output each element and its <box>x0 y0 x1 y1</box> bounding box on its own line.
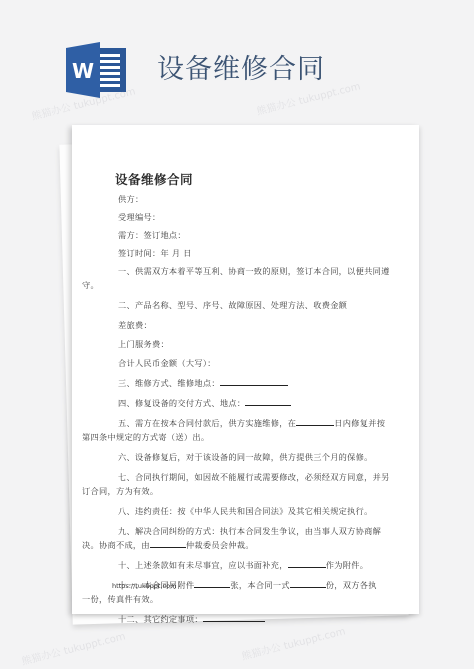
blank-line <box>245 396 291 406</box>
blank-line <box>290 578 326 588</box>
clause-12: 十二、其它约定事项： <box>100 611 400 627</box>
clause-3: 三、维修方式、维修地点： <box>100 375 400 391</box>
blank-line <box>150 538 186 548</box>
blank-line <box>194 578 230 588</box>
clause-9-cont: 决。协商不成，由仲裁委员会仲裁。 <box>82 537 382 553</box>
clause-2: 二、产品名称、型号、序号、故障原因、处理方法、收费金额 <box>100 297 400 313</box>
clause-7-cont: 订合同，方为有效。 <box>82 483 382 499</box>
field-acceptance-number: 受理编号： <box>100 209 400 225</box>
clause-11-cont: 一份，传真件有效。 <box>82 591 382 607</box>
total-amount: 合计人民币金额（大写）： <box>100 355 400 371</box>
blank-line <box>288 558 326 568</box>
blank-line <box>203 612 265 622</box>
document-page: 设备维修合同 供方： 受理编号： 需方：签订地点： 签订时间：年 月 日 一、供… <box>72 125 419 614</box>
service-fee: 上门服务费： <box>100 336 400 352</box>
clause-8: 八、违约责任：按《中华人民共和国合同法》及其它相关规定执行。 <box>100 503 400 519</box>
clause-6: 六、设备修复后，对于该设备的同一故障，供方提供三个月的保修。 <box>100 449 400 465</box>
field-supplier: 供方： <box>100 191 400 207</box>
blank-line <box>220 376 288 386</box>
field-sign-date: 签订时间：年 月 日 <box>100 245 400 261</box>
watermark: 熊猫办公 tukuppt.com <box>20 627 127 667</box>
clause-1-cont: 守。 <box>82 277 382 293</box>
header: W 设备维修合同 <box>0 0 474 120</box>
svg-text:W: W <box>72 59 94 83</box>
watermark: 熊猫办公 tukuppt.com <box>240 622 347 662</box>
clause-10: 十、上述条款如有未尽事宜，应以书面补充，作为附件。 <box>100 557 400 573</box>
blank-line <box>296 416 334 426</box>
clause-5-cont: 第四条中规定的方式寄（送）出。 <box>82 429 382 445</box>
word-document-icon: W <box>66 42 128 98</box>
document-title: 设备维修合同 <box>115 170 193 188</box>
clause-4: 四、修复设备的交付方式、地点： <box>100 395 400 411</box>
header-title: 设备维修合同 <box>157 52 325 88</box>
footer-url: https://tukuppt.com <box>112 582 176 590</box>
travel-fee: 差旅费： <box>100 317 400 333</box>
field-buyer-location: 需方：签订地点： <box>100 227 400 243</box>
